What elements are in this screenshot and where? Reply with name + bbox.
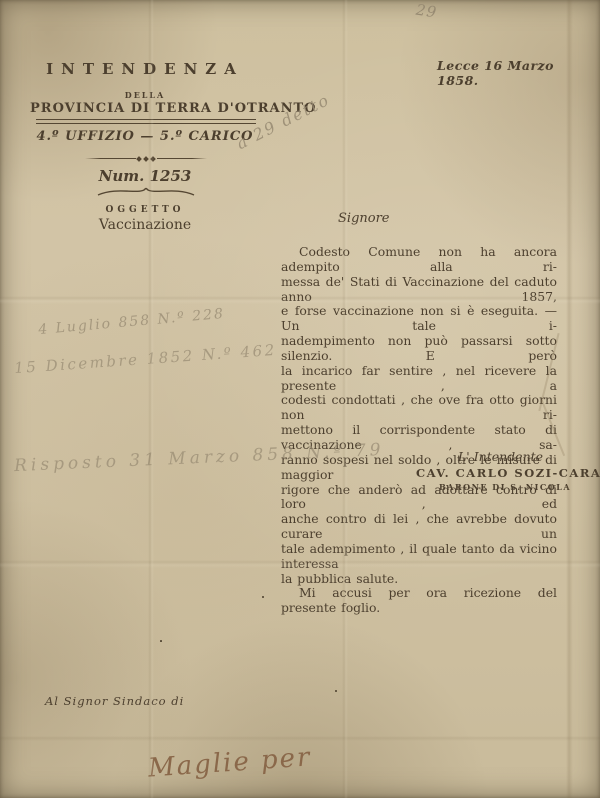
body-line: la incarico far sentire , nel ricevere l… xyxy=(281,364,557,394)
diamond-ornament xyxy=(143,156,149,162)
letterhead-title: INTENDENZA xyxy=(30,60,260,78)
letter-body: Codesto Comune non ha ancora adempito al… xyxy=(281,245,557,616)
body-line: tale adempimento , il quale tanto da vic… xyxy=(281,542,557,572)
body-line: Mi accusi per ora ricezione del presente… xyxy=(281,586,557,616)
body-line: codesti condottati , che ove fra otto gi… xyxy=(281,393,557,423)
divider-line-right xyxy=(157,158,208,160)
paper-speck xyxy=(160,640,162,642)
diamond-ornament xyxy=(136,156,142,162)
body-line: la pubblica salute. xyxy=(281,572,557,587)
addressee-line: Al Signor Sindaco di xyxy=(45,694,184,708)
body-line: Codesto Comune non ha ancora adempito al… xyxy=(281,245,557,275)
pencil-registry-note: 4 Luglio 858 N.º 228 xyxy=(38,306,226,338)
oggetto-label: OGGETTO xyxy=(30,205,260,215)
body-line: anche contro di lei , che avrebbe dovuto… xyxy=(281,512,557,542)
letterhead-province: PROVINCIA DI TERRA D'OTRANTO xyxy=(30,101,260,116)
body-line: nadempimento non può passarsi sotto sile… xyxy=(281,334,557,364)
handwritten-destination: Maglie per xyxy=(147,742,312,783)
date-line: Lecce 16 Marzo 1858. xyxy=(437,58,600,88)
letterhead-della: DELLA xyxy=(30,90,260,100)
pencil-registry-note: 15 Dicembre 1852 N.º 462 xyxy=(14,341,278,377)
brace-ornament xyxy=(96,184,196,198)
protocol-number: Num. 1253 xyxy=(30,167,260,185)
paper-speck xyxy=(335,690,337,692)
signature-name: CAV. CARLO SOZI-CARAFA xyxy=(416,466,600,480)
paper-speck xyxy=(262,596,264,598)
ornamental-divider xyxy=(85,155,207,162)
divider-line-left xyxy=(85,158,136,160)
scanned-letter-page: 29 Lecce 16 Marzo 1858. INTENDENZA DELLA… xyxy=(0,0,600,798)
handwritten-page-number: 29 xyxy=(415,1,438,22)
letterhead-office-line: 4.º UFFIZIO — 5.º CARICO xyxy=(30,129,260,144)
signature-role: L' Intendente xyxy=(458,449,543,464)
body-line: e forse vaccinazione non si è eseguita. … xyxy=(281,304,557,334)
signature-title: BARONE DI S. NICOLA xyxy=(439,482,571,492)
diamond-ornament xyxy=(150,156,156,162)
oggetto-value: Vaccinazione xyxy=(30,217,260,233)
salutation: Signore xyxy=(338,211,390,226)
body-line: messa de' Stati di Vaccinazione del cadu… xyxy=(281,275,557,305)
double-rule-divider xyxy=(36,119,256,124)
